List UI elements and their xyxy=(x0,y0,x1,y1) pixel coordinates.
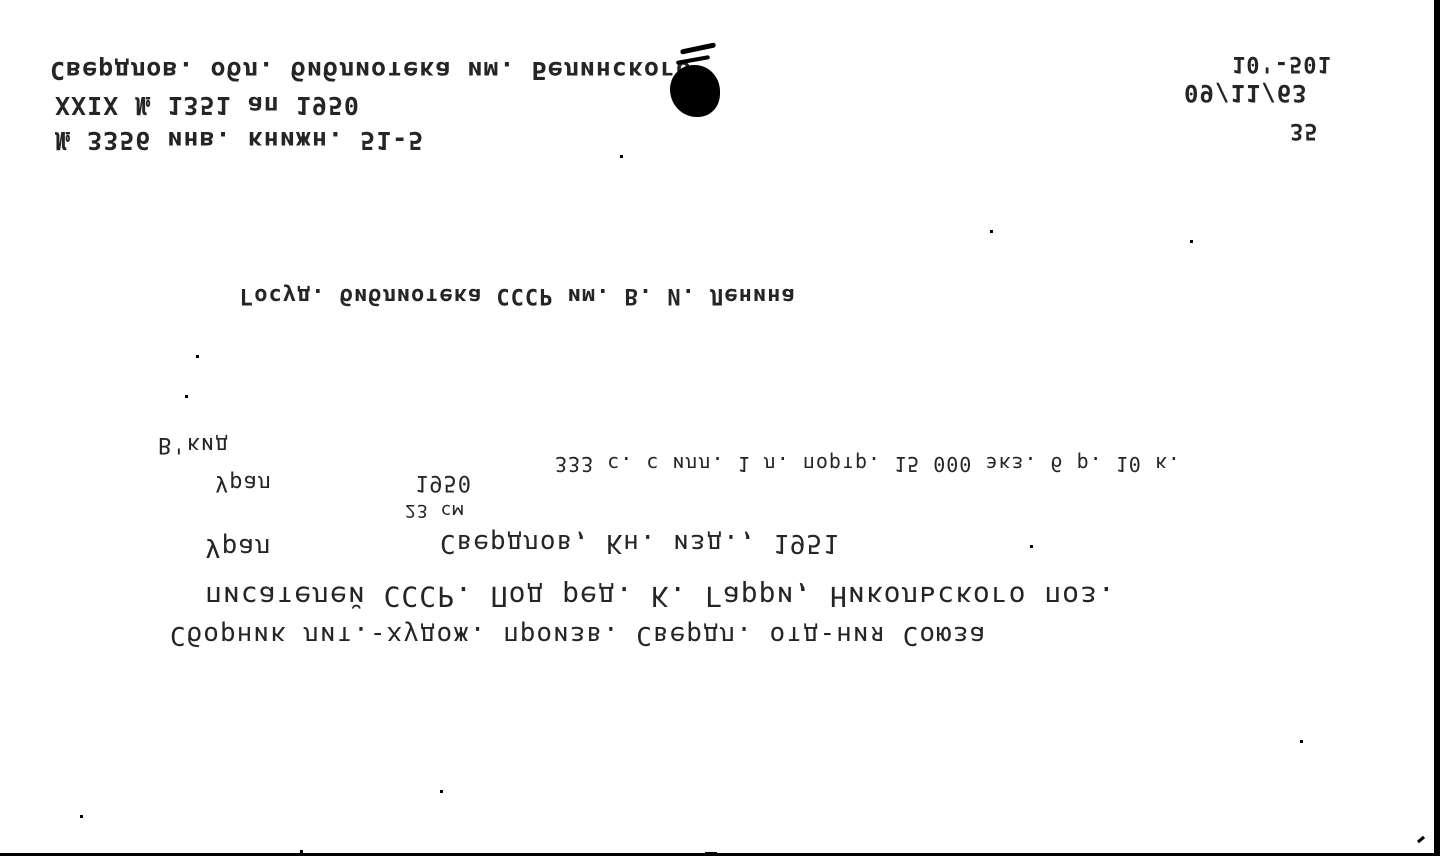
header-right-line-1: 10'-501 xyxy=(1232,48,1332,78)
speck xyxy=(440,790,443,793)
header-left-line-1: Свердлов. обл. библиотека им. Белинского xyxy=(50,55,692,85)
speck xyxy=(990,230,993,233)
header-left-line-3: № 3356 инв. книжн. 51-5 xyxy=(55,125,424,155)
scratch-mark xyxy=(680,42,716,54)
body-line1-left: Урал xyxy=(215,470,272,495)
body-line4: Сборник лит.-худож. произв. Свердл. отд-… xyxy=(170,620,986,650)
speck xyxy=(1300,740,1303,743)
header-left-line-2: XXIX № 1351 ап 1950 xyxy=(55,90,360,120)
punch-hole xyxy=(670,65,720,117)
header-right-line-3: 35 xyxy=(1290,115,1319,145)
speck xyxy=(80,815,83,818)
body-line1-year: 1950 xyxy=(415,470,472,495)
speck xyxy=(620,155,623,158)
body-line2-left: Урал xyxy=(205,532,272,562)
speck xyxy=(185,395,188,398)
body-prefix: В'кид xyxy=(158,432,229,457)
body-line3: писателей СССР. Под ред. К. Гарри, Никол… xyxy=(205,580,1116,613)
body-line2-right: Свердлов, Кн. изд., 1951 xyxy=(440,528,840,558)
scratch-mark xyxy=(1417,836,1425,843)
catalog-card: Свердлов. обл. библиотека им. Белинского… xyxy=(0,0,1440,856)
speck xyxy=(1190,240,1193,243)
card-title-line: Госуд. библиотека СССР им. В. И. Ленина xyxy=(240,283,796,308)
card-edge-right xyxy=(1434,0,1440,856)
speck xyxy=(1030,545,1033,548)
header-right-line-2: 09/11/63 xyxy=(1184,78,1308,108)
body-line1-right: 333 с. с илл. 1 л. портр. 15 000 экз. 6 … xyxy=(555,452,1181,476)
body-line1-size: 23 см xyxy=(405,500,464,521)
speck xyxy=(196,355,199,358)
